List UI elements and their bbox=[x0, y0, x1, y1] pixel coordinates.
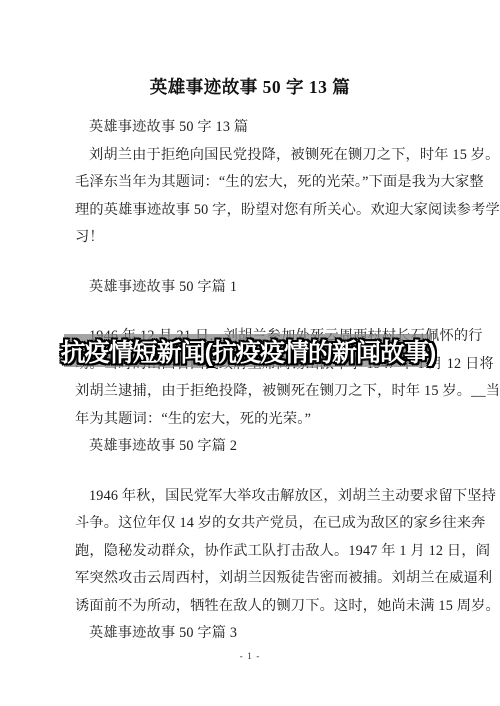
paragraph: 英雄事迹故事 50 字 13 篇 bbox=[75, 114, 432, 142]
text-line: 军突然攻击云周西村，刘胡兰因叛徒告密而被捕。刘胡兰在威逼利 bbox=[75, 565, 432, 593]
section-heading: 英雄事迹故事 50 字篇 3 bbox=[75, 620, 432, 648]
overlay-banner: 抗疫情短新闻(抗疫疫情的新闻故事) bbox=[64, 334, 432, 367]
paragraph: 刘胡兰由于拒绝向国民党投降，被铡死在铡刀之下，时年 15 岁。 毛泽东当年为其题… bbox=[75, 142, 432, 252]
text-line: 斗争。这位年仅 14 岁的女共产党员，在已成为敌区的家乡往来奔 bbox=[75, 510, 432, 538]
doc-title: 英雄事迹故事 50 字 13 篇 bbox=[0, 74, 500, 99]
text-line: 英雄事迹故事 50 字篇 1 bbox=[75, 274, 432, 302]
section-heading: 英雄事迹故事 50 字篇 2 bbox=[75, 433, 432, 461]
page-number: - 1 - bbox=[0, 652, 500, 662]
text-line: 毛泽东当年为其题词：“生的宏大，死的光荣。”下面是我为大家整 bbox=[75, 169, 432, 197]
text-line: 理的英雄事迹故事 50 字，盼望对您有所关心。欢迎大家阅读参考学 bbox=[75, 197, 432, 225]
text-line: 英雄事迹故事 50 字篇 3 bbox=[75, 620, 432, 648]
text-line: 习！ bbox=[75, 224, 432, 252]
text-line: 诱面前不为所动，牺牲在敌人的铡刀下。这时，她尚未满 15 周岁。 bbox=[75, 593, 432, 621]
text-line: 年为其题词：“生的宏大，死的光荣。” bbox=[75, 406, 432, 434]
text-line: 英雄事迹故事 50 字 13 篇 bbox=[75, 114, 432, 142]
doc-body: 英雄事迹故事 50 字 13 篇 刘胡兰由于拒绝向国民党投降，被铡死在铡刀之下，… bbox=[75, 114, 432, 648]
text-line: 刘胡兰逮捕，由于拒绝投降，被铡死在铡刀之下，时年 15 岁。__当 bbox=[75, 378, 432, 406]
text-line: 跑，隐秘发动群众，协作武工队打击敌人。1947 年 1 月 12 日，阎 bbox=[75, 538, 432, 566]
text-line: 1946 年秋，国民党军大举攻击解放区，刘胡兰主动要求留下坚持 bbox=[75, 483, 432, 511]
document-page: 英雄事迹故事 50 字 13 篇 英雄事迹故事 50 字 13 篇 刘胡兰由于拒… bbox=[0, 0, 500, 706]
text-line: 刘胡兰由于拒绝向国民党投降，被铡死在铡刀之下，时年 15 岁。 bbox=[75, 142, 432, 170]
section-heading: 英雄事迹故事 50 字篇 1 bbox=[75, 274, 432, 302]
text-line: 英雄事迹故事 50 字篇 2 bbox=[75, 433, 432, 461]
paragraph: 1946 年秋，国民党军大举攻击解放区，刘胡兰主动要求留下坚持 斗争。这位年仅 … bbox=[75, 483, 432, 621]
overlay-banner-text: 抗疫情短新闻(抗疫疫情的新闻故事) bbox=[61, 333, 436, 369]
